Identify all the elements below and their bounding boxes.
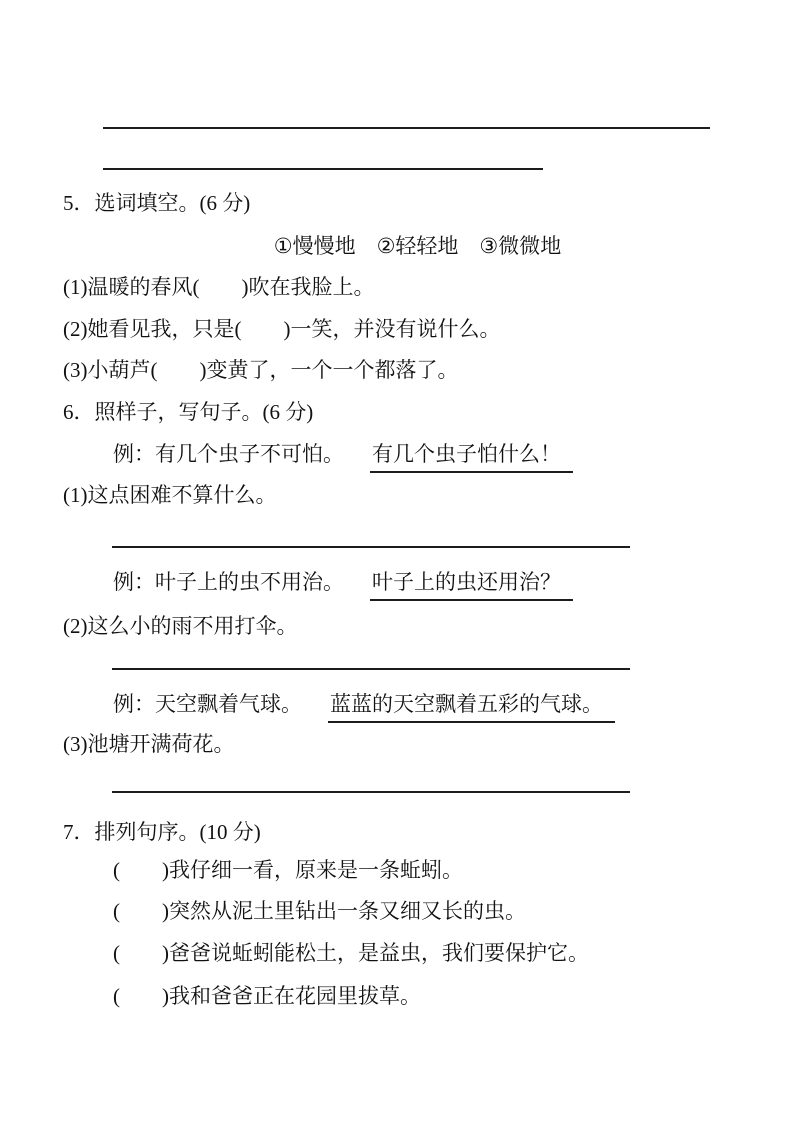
- q7-item-1: ( )我仔细一看，原来是一条蚯蚓。: [113, 855, 463, 885]
- question-5-title: 5．选词填空。(6 分): [63, 188, 250, 218]
- question-6-title: 6．照样子，写句子。(6 分): [63, 397, 313, 427]
- q6-item-3: (3)池塘开满荷花。: [63, 729, 235, 759]
- q5-item-2: (2)她看见我，只是( )一笑，并没有说什么。: [63, 314, 500, 344]
- example-source-text: 例：叶子上的虫不用治。: [113, 570, 344, 594]
- answer-line: [112, 668, 630, 670]
- q5-item-1: (1)温暖的春风( )吹在我脸上。: [63, 272, 374, 302]
- q7-item-3: ( )爸爸说蚯蚓能松土，是益虫，我们要保护它。: [113, 938, 589, 968]
- q6-example-2: 例：叶子上的虫不用治。叶子上的虫还用治？: [113, 567, 573, 601]
- answer-line: [112, 791, 630, 793]
- q5-word-bank: ①慢慢地 ②轻轻地 ③微微地: [0, 231, 793, 261]
- example-answer-text: 有几个虫子怕什么！: [370, 439, 573, 473]
- example-source-text: 例：天空飘着气球。: [113, 692, 302, 716]
- example-source-text: 例：有几个虫子不可怕。: [113, 442, 344, 466]
- example-answer-text: 蓝蓝的天空飘着五彩的气球。: [328, 689, 615, 723]
- q7-item-2: ( )突然从泥土里钻出一条又细又长的虫。: [113, 896, 526, 926]
- worksheet-page: 5．选词填空。(6 分) ①慢慢地 ②轻轻地 ③微微地 (1)温暖的春风( )吹…: [0, 0, 793, 1122]
- q6-example-1: 例：有几个虫子不可怕。有几个虫子怕什么！: [113, 439, 573, 473]
- q7-item-4: ( )我和爸爸正在花园里拔草。: [113, 981, 421, 1011]
- q6-example-3: 例：天空飘着气球。蓝蓝的天空飘着五彩的气球。: [113, 689, 615, 723]
- example-answer-text: 叶子上的虫还用治？: [370, 567, 573, 601]
- answer-line: [112, 546, 630, 548]
- q6-item-1: (1)这点困难不算什么。: [63, 480, 277, 510]
- answer-line: [103, 127, 710, 129]
- answer-line: [103, 168, 543, 170]
- q5-item-3: (3)小葫芦( )变黄了，一个一个都落了。: [63, 355, 458, 385]
- question-7-title: 7．排列句序。(10 分): [63, 817, 261, 847]
- q6-item-2: (2)这么小的雨不用打伞。: [63, 611, 298, 641]
